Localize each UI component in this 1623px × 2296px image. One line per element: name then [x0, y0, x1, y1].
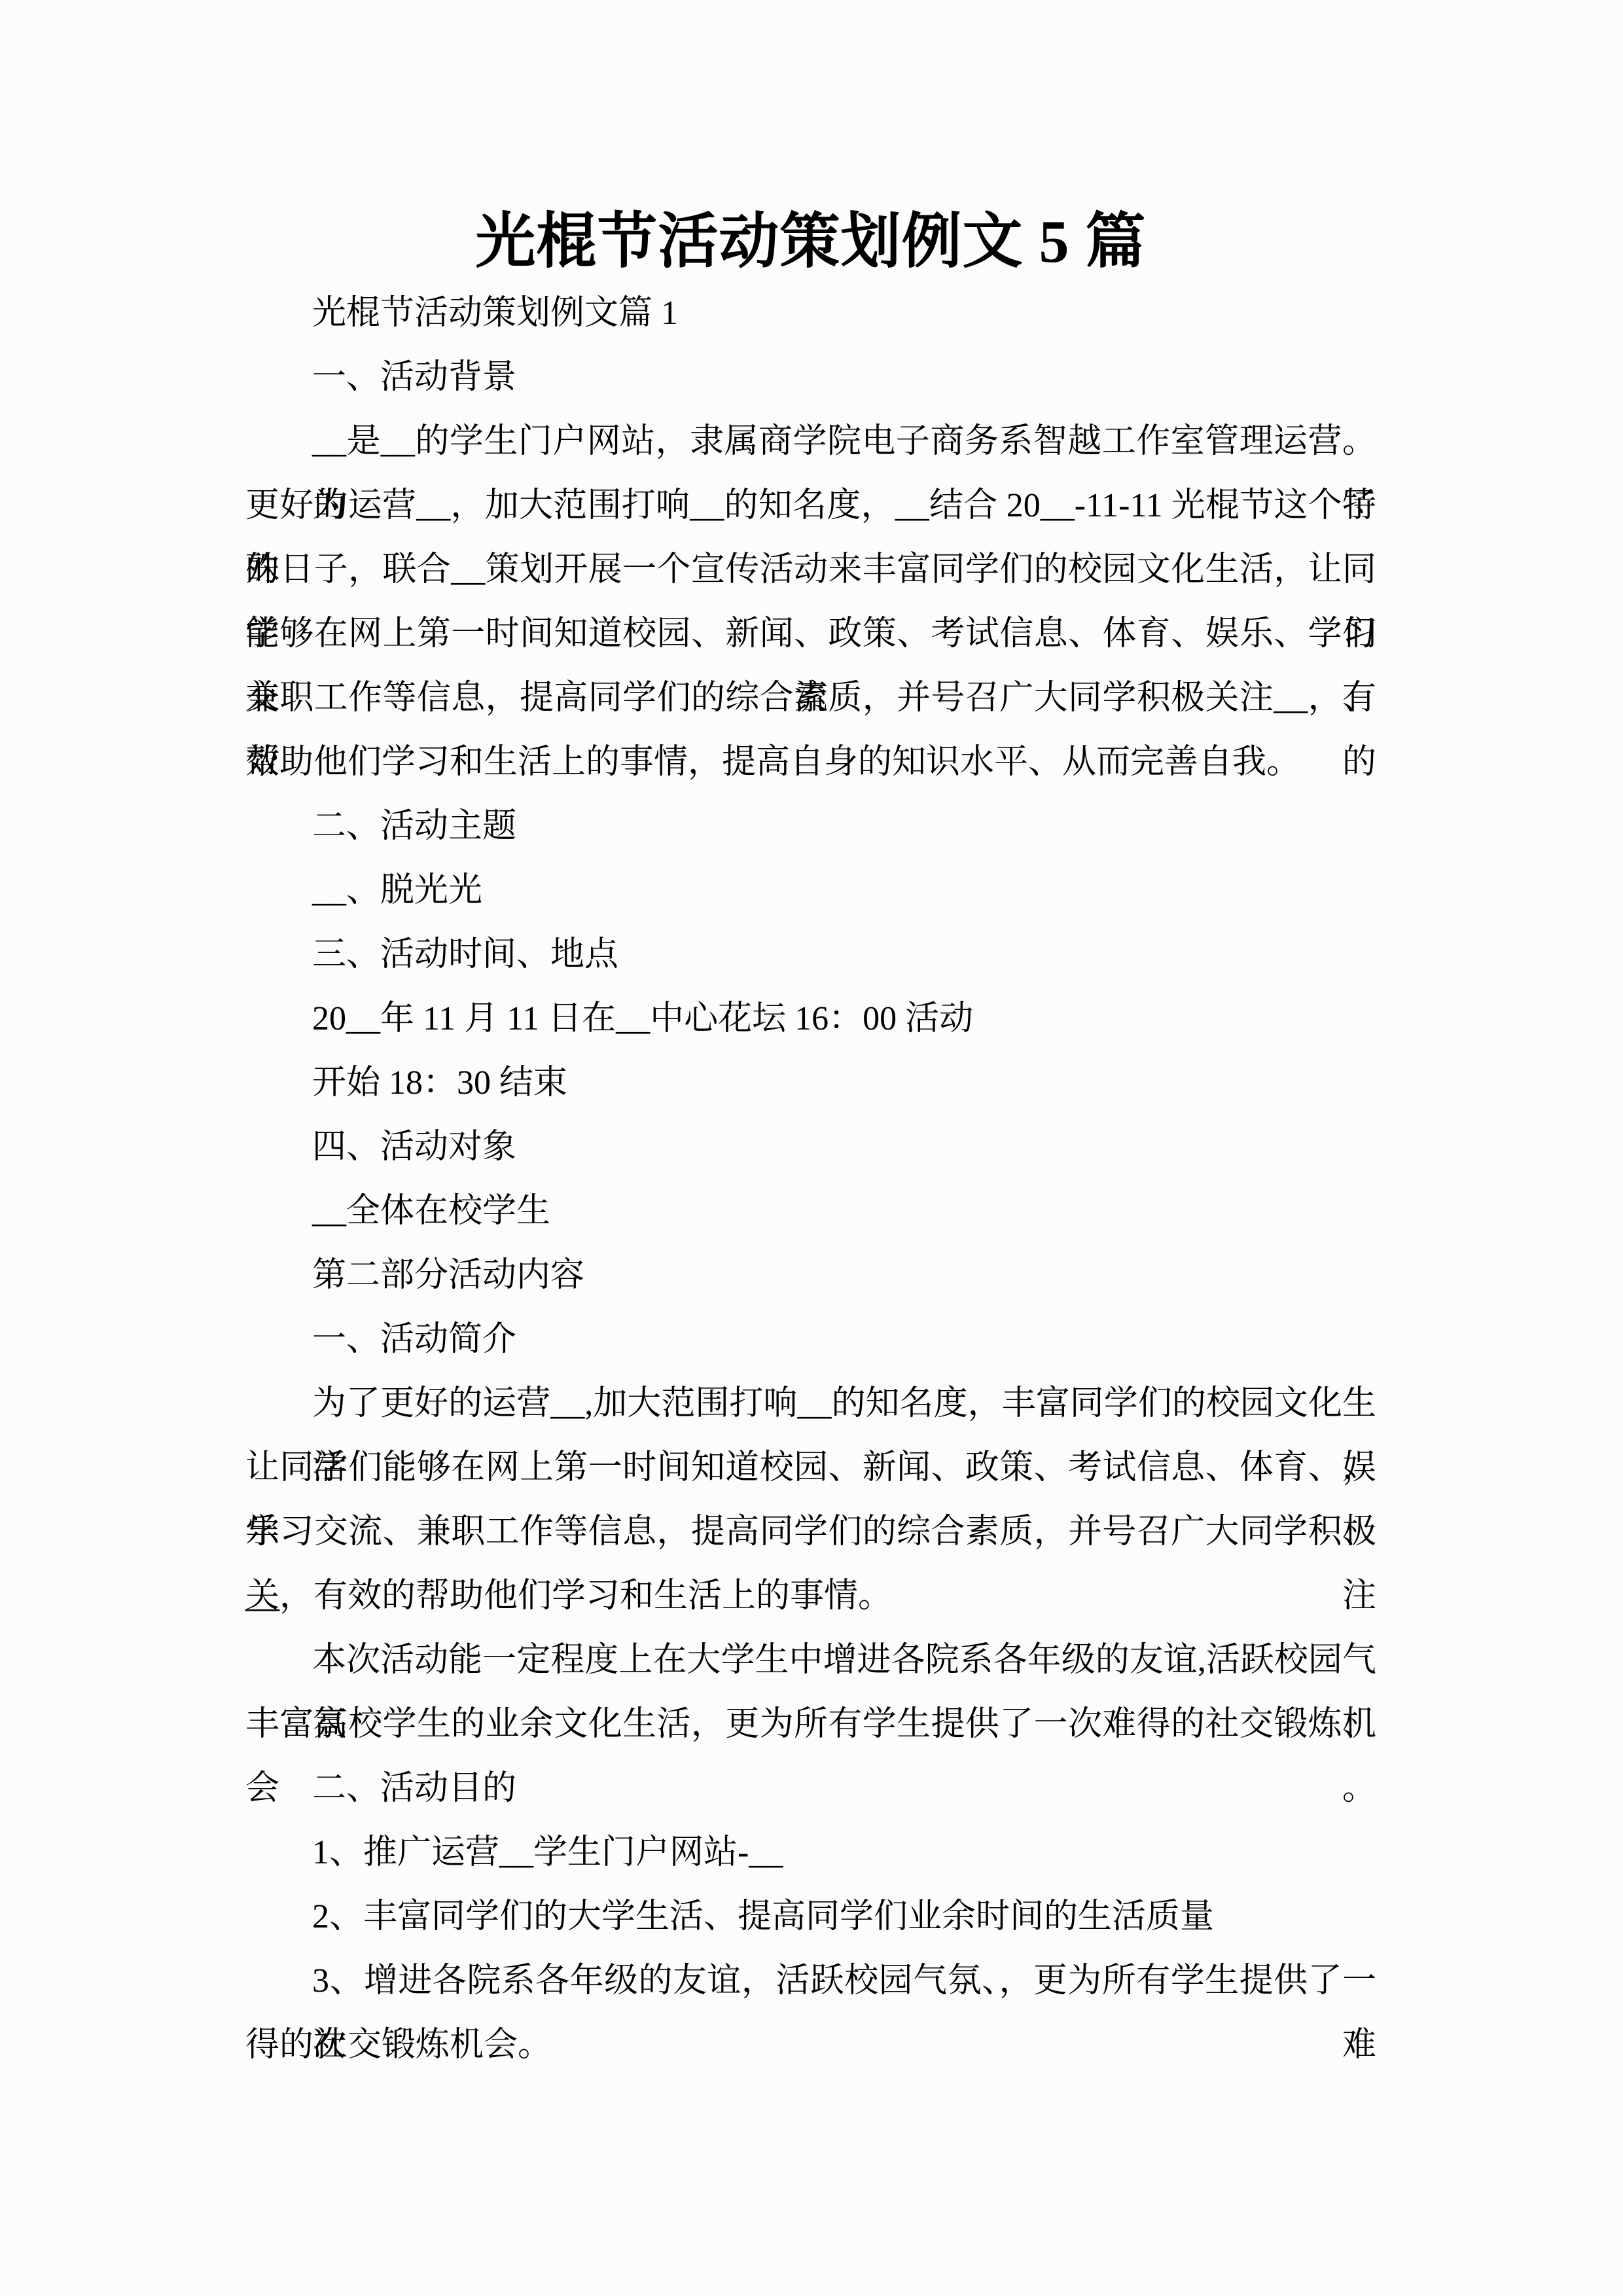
text-line: 帮助他们学习和生活上的事情，提高自身的知识水平、从而完善自我。: [245, 730, 1376, 795]
text-line: 光棍节活动策划例文篇 1: [245, 281, 1376, 346]
text-line: 学习交流、兼职工作等信息，提高同学们的综合素质，并号召广大同学积极关注: [245, 1500, 1376, 1564]
text-line: 1、推广运营__学生门户网站-__: [245, 1821, 1376, 1885]
text-line: 四、活动对象: [245, 1115, 1376, 1179]
document-page: 光棍节活动策划例文 5 篇 光棍节活动策划例文篇 1一、活动背景__是__的学生…: [0, 0, 1623, 2296]
text-line: __是__的学生门户网站，隶属商学院电子商务系智越工作室管理运营。为了: [245, 410, 1376, 474]
text-line: 3、增进各院系各年级的友谊，活跃校园气氛、，更为所有学生提供了一次难: [245, 1949, 1376, 2013]
text-line: 2、丰富同学们的大学生活、提高同学们业余时间的生活质量: [245, 1885, 1376, 1949]
text-line: __全体在校学生: [245, 1179, 1376, 1244]
document-content: 光棍节活动策划例文 5 篇 光棍节活动策划例文篇 1一、活动背景__是__的学生…: [245, 202, 1376, 2077]
text-line: 一、活动背景: [245, 346, 1376, 410]
document-body: 光棍节活动策划例文篇 1一、活动背景__是__的学生门户网站，隶属商学院电子商务…: [245, 281, 1376, 2077]
text-line: 开始 18：30 结束: [245, 1051, 1376, 1115]
text-line: 本次活动能一定程度上在大学生中增进各院系各年级的友谊,活跃校园气氛、: [245, 1628, 1376, 1693]
text-line: 一、活动简介: [245, 1308, 1376, 1372]
text-line: 的日子，联合__策划开展一个宣传活动来丰富同学们的校园文化生活，让同学们: [245, 538, 1376, 602]
text-line: 第二部分活动内容: [245, 1244, 1376, 1308]
text-line: 二、活动主题: [245, 795, 1376, 859]
text-line: 三、活动时间、地点: [245, 923, 1376, 987]
text-line: 让同学们能够在网上第一时间知道校园、新闻、政策、考试信息、体育、娱乐、: [245, 1436, 1376, 1500]
text-line: 丰富高校学生的业余文化生活，更为所有学生提供了一次难得的社交锻炼机会。: [245, 1693, 1376, 1757]
text-line: 20__年 11 月 11 日在__中心花坛 16：00 活动: [245, 987, 1376, 1051]
text-line: 兼职工作等信息，提高同学们的综合素质，并号召广大同学积极关注__，有效的: [245, 666, 1376, 730]
text-line: 为了更好的运营__,加大范围打响__的知名度，丰富同学们的校园文化生活，: [245, 1372, 1376, 1436]
text-line: 更好的运营__，加大范围打响__的知名度，__结合 20__-11-11 光棍节…: [245, 474, 1376, 538]
document-title: 光棍节活动策划例文 5 篇: [245, 202, 1376, 281]
text-line: 能够在网上第一时间知道校园、新闻、政策、考试信息、体育、娱乐、学习交流、: [245, 602, 1376, 666]
text-line: __、脱光光: [245, 859, 1376, 923]
